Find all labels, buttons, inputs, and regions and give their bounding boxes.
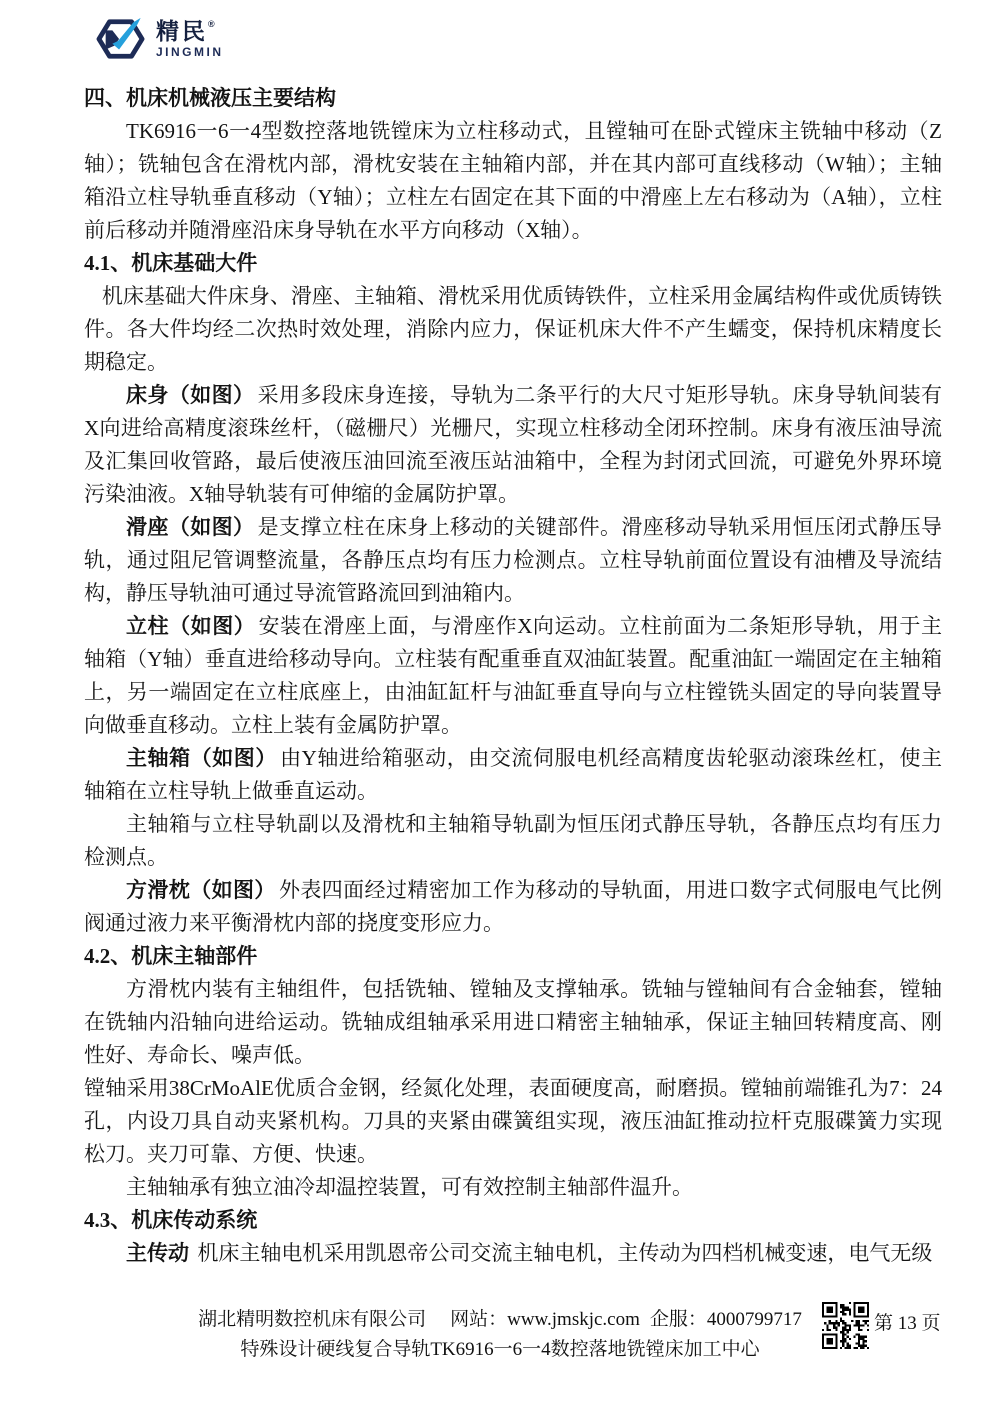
paragraph: 机床基础大件床身、滑座、主轴箱、滑枕采用优质铸铁件，立柱采用金属结构件或优质铸铁… [84, 280, 942, 379]
paragraph: 镗轴采用38CrMoAlE优质合金钢，经氮化处理，表面硬度高，耐磨损。镗轴前端锥… [84, 1072, 942, 1171]
paragraph-lead: 主轴箱（如图） [126, 746, 277, 770]
paragraph: 主传动 机床主轴电机采用凯恩帝公司交流主轴电机，主传动为四档机械变速，电气无级 [84, 1237, 942, 1270]
paragraph: 立柱（如图）安装在滑座上面，与滑座作X向运动。立柱前面为二条矩形导轨，用于主轴箱… [84, 610, 942, 742]
paragraph-text: 镗轴采用38CrMoAlE优质合金钢，经氮化处理，表面硬度高，耐磨损。镗轴前端锥… [84, 1076, 942, 1166]
subsection-heading: 4.1、机床基础大件 [84, 247, 942, 280]
section-heading: 四、机床机械液压主要结构 [84, 82, 942, 115]
paragraph-lead: 主传动 [126, 1241, 189, 1265]
document-page: 精民® JINGMIN 四、机床机械液压主要结构TK6916一6一4型数控落地铣… [0, 0, 1000, 1417]
paragraph-lead: 方滑枕（如图） [126, 878, 276, 902]
paragraph-text: TK6916一6一4型数控落地铣镗床为立柱移动式，且镗轴可在卧式镗床主铣轴中移动… [84, 119, 942, 242]
paragraph: 滑座（如图）是支撑立柱在床身上移动的关键部件。滑座移动导轨采用恒压闭式静压导轨，… [84, 511, 942, 610]
footer-company: 湖北精明数控机床有限公司 [198, 1309, 426, 1330]
paragraph: TK6916一6一4型数控落地铣镗床为立柱移动式，且镗轴可在卧式镗床主铣轴中移动… [84, 115, 942, 247]
paragraph-lead: 滑座（如图） [126, 515, 254, 539]
paragraph: 主轴箱与立柱导轨副以及滑枕和主轴箱导轨副为恒压闭式静压导轨，各静压点均有压力检测… [84, 808, 942, 874]
paragraph-text: 主轴轴承有独立油冷却温控装置，可有效控制主轴部件温升。 [126, 1175, 693, 1199]
brand-text: 精民® JINGMIN [156, 20, 224, 58]
subsection-heading: 4.3、机床传动系统 [84, 1204, 942, 1237]
footer-service-label: 企服： [650, 1309, 707, 1330]
paragraph: 床身（如图）采用多段床身连接，导轨为二条平行的大尺寸矩形导轨。床身导轨间装有X向… [84, 379, 942, 511]
jingmin-hexagon-logo-icon [94, 16, 148, 62]
paragraph: 方滑枕（如图）外表四面经过精密加工作为移动的导轨面，用进口数字式伺服电气比例阀通… [84, 874, 942, 940]
footer-service-phone: 4000799717 [707, 1309, 802, 1330]
paragraph-lead: 床身（如图） [126, 383, 254, 407]
registered-mark-icon: ® [208, 19, 215, 29]
paragraph-text: 机床主轴电机采用凯恩帝公司交流主轴电机，主传动为四档机械变速，电气无级 [192, 1241, 932, 1265]
paragraph-text: 机床基础大件床身、滑座、主轴箱、滑枕采用优质铸铁件，立柱采用金属结构件或优质铸铁… [84, 284, 942, 374]
paragraph: 主轴箱（如图）由Y轴进给箱驱动，由交流伺服电机经高精度齿轮驱动滚珠丝杠，使主轴箱… [84, 742, 942, 808]
footer-website-label: 网站： [450, 1309, 507, 1330]
paragraph-text: 方滑枕内装有主轴组件，包括铣轴、镗轴及支撑轴承。铣轴与镗轴间有合金轴套，镗轴在铣… [84, 977, 942, 1067]
footer-website: www.jmskjc.com [507, 1309, 640, 1330]
paragraph-lead: 立柱（如图） [126, 614, 255, 638]
document-body: 四、机床机械液压主要结构TK6916一6一4型数控落地铣镗床为立柱移动式，且镗轴… [84, 82, 942, 1270]
subsection-heading: 4.2、机床主轴部件 [84, 940, 942, 973]
paragraph: 主轴轴承有独立油冷却温控装置，可有效控制主轴部件温升。 [84, 1171, 942, 1204]
brand-name-cn: 精民® [156, 20, 224, 43]
qr-code-icon [822, 1302, 869, 1349]
brand-logo: 精民® JINGMIN [94, 16, 224, 62]
brand-name-en: JINGMIN [156, 46, 224, 58]
page-number: 第 13 页 [874, 1308, 941, 1335]
paragraph-text: 主轴箱与立柱导轨副以及滑枕和主轴箱导轨副为恒压闭式静压导轨，各静压点均有压力检测… [84, 812, 942, 869]
paragraph: 方滑枕内装有主轴组件，包括铣轴、镗轴及支撑轴承。铣轴与镗轴间有合金轴套，镗轴在铣… [84, 973, 942, 1072]
